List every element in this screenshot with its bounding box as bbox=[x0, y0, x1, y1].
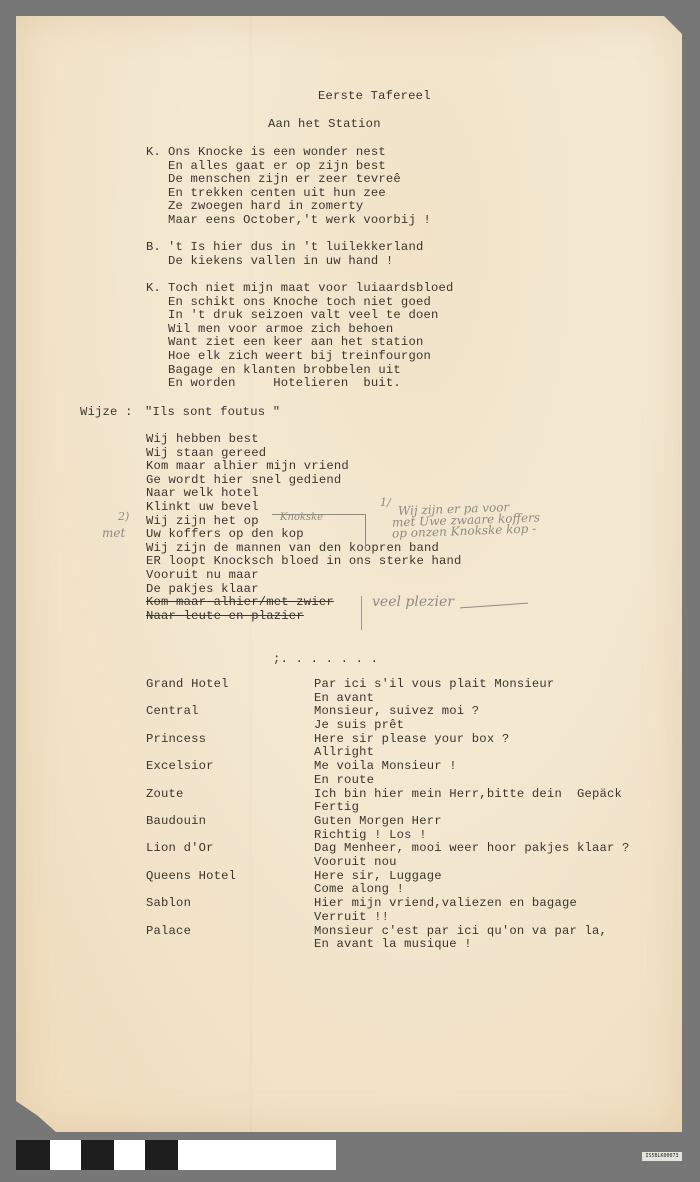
verse-line: En schikt ons Knoche toch niet goed bbox=[168, 296, 431, 310]
handwritten-bottom-insert: veel plezier bbox=[372, 594, 454, 610]
song-line: ER loopt Knocksch bloed in ons sterke ha… bbox=[146, 555, 462, 569]
handwritten-bracket-line bbox=[272, 514, 366, 515]
scene-subtitle: Aan het Station bbox=[268, 118, 381, 132]
hotel-name: Sablon bbox=[146, 897, 191, 911]
tune-value: "Ils sont foutus " bbox=[145, 406, 280, 420]
song-line: Wij zijn het op bbox=[146, 515, 259, 529]
hotel-name: Princess bbox=[146, 733, 206, 747]
song-line: Naar welk hotel bbox=[146, 487, 259, 501]
hotel-line-1: Here sir please your box ? bbox=[314, 733, 509, 747]
handwritten-margin-note: met bbox=[102, 526, 125, 540]
hotel-line-2: Je suis prêt bbox=[314, 719, 404, 733]
hotel-line-1: Here sir, Luggage bbox=[314, 870, 442, 884]
verse-line: Want ziet een keer aan het station bbox=[168, 336, 423, 350]
hotel-name: Excelsior bbox=[146, 760, 214, 774]
verse-line: Hoe elk zich weert bij treinfourgon bbox=[168, 350, 431, 364]
song-line: Wij hebben best bbox=[146, 433, 259, 447]
hotel-name: Palace bbox=[146, 925, 191, 939]
song-line: Kom maar alhier mijn vriend bbox=[146, 460, 349, 474]
handwritten-bracket-side bbox=[365, 514, 366, 550]
inventory-label: IS5BLK00073 bbox=[642, 1152, 682, 1161]
verse-line: Ze zwoegen hard in zomerty bbox=[168, 200, 363, 214]
hotel-name: Queens Hotel bbox=[146, 870, 236, 884]
hotel-line-2: En route bbox=[314, 774, 374, 788]
hotel-line-1: Hier mijn vriend,valiezen en bagage bbox=[314, 897, 577, 911]
verse-line: Wil men voor armoe zich behoen bbox=[168, 323, 393, 337]
handwritten-right-marker: 1/ bbox=[380, 496, 391, 509]
song-line: Ge wordt hier snel gediend bbox=[146, 474, 341, 488]
calibration-white-1 bbox=[50, 1140, 81, 1170]
hotel-line-1: Guten Morgen Herr bbox=[314, 815, 442, 829]
verse-line: Ons Knocke is een wonder nest bbox=[168, 146, 386, 160]
verse-line: Maar eens October,'t werk voorbij ! bbox=[168, 214, 431, 228]
song-line: De pakjes klaar bbox=[146, 583, 259, 597]
handwritten-margin-marker: 2) bbox=[118, 510, 129, 523]
hotel-name: Central bbox=[146, 705, 199, 719]
hotel-line-2: Richtig ! Los ! bbox=[314, 829, 427, 843]
song-line: Kom maar alhier/met zwier bbox=[146, 596, 334, 610]
calibration-white-2 bbox=[114, 1140, 145, 1170]
verse-line: En trekken centen uit hun zee bbox=[168, 187, 386, 201]
tune-label: Wijze : bbox=[80, 406, 133, 420]
hotel-line-2: Verruit !! bbox=[314, 911, 389, 925]
song-line: Wij staan gereed bbox=[146, 447, 266, 461]
hotel-name: Lion d'Or bbox=[146, 842, 214, 856]
calibration-black-3 bbox=[145, 1140, 178, 1170]
hotel-line-1: Monsieur, suivez moi ? bbox=[314, 705, 479, 719]
song-line: Klinkt uw bevel bbox=[146, 501, 259, 515]
verse-line: Bagage en klanten brobbelen uit bbox=[168, 364, 401, 378]
hotel-line-2: Allright bbox=[314, 746, 374, 760]
separator-dots: ;. . . . . . . bbox=[273, 653, 378, 667]
verse-line: De menschen zijn er zeer tevreê bbox=[168, 173, 401, 187]
calibration-black-2 bbox=[81, 1140, 114, 1170]
speaker-b: B. bbox=[146, 241, 161, 255]
calibration-black-1 bbox=[16, 1140, 50, 1170]
song-line: Vooruit nu maar bbox=[146, 569, 259, 583]
song-line: Wij zijn de mannen van den koopren band bbox=[146, 542, 439, 556]
hotel-line-2: Fertig bbox=[314, 801, 359, 815]
hotel-line-1: Me voila Monsieur ! bbox=[314, 760, 457, 774]
hotel-line-1: Ich bin hier mein Herr,bitte dein Gepäck bbox=[314, 788, 622, 802]
hotel-line-2: En avant la musique ! bbox=[314, 938, 472, 952]
hotel-line-1: Par ici s'il vous plait Monsieur bbox=[314, 678, 554, 692]
verse-line: En alles gaat er op zijn best bbox=[168, 160, 386, 174]
song-line: Uw koffers op den kop bbox=[146, 528, 304, 542]
handwritten-bracket-bottom bbox=[361, 596, 362, 630]
hotel-line-2: Vooruit nou bbox=[314, 856, 397, 870]
verse-line: 't Is hier dus in 't luilekkerland bbox=[168, 241, 423, 255]
speaker-k2: K. bbox=[146, 282, 161, 296]
hotel-name: Grand Hotel bbox=[146, 678, 229, 692]
hotel-name: Zoute bbox=[146, 788, 184, 802]
scene-title: Eerste Tafereel bbox=[318, 90, 431, 104]
verse-line: En worden Hotelieren buit. bbox=[168, 377, 401, 391]
speaker-k1: K. bbox=[146, 146, 161, 160]
verse-line: Toch niet mijn maat voor luiaardsbloed bbox=[168, 282, 454, 296]
hotel-name: Baudouin bbox=[146, 815, 206, 829]
song-line: Naar leute en plazier bbox=[146, 610, 304, 624]
verse-line: De kiekens vallen in uw hand ! bbox=[168, 255, 393, 269]
hotel-line-1: Dag Menheer, mooi weer hoor pakjes klaar… bbox=[314, 842, 630, 856]
calibration-white-bar bbox=[178, 1140, 336, 1170]
hotel-line-2: Come along ! bbox=[314, 883, 404, 897]
verse-line: In 't druk seizoen valt veel te doen bbox=[168, 309, 439, 323]
hotel-line-2: En avant bbox=[314, 692, 374, 706]
hotel-line-1: Monsieur c'est par ici qu'on va par la, bbox=[314, 925, 607, 939]
